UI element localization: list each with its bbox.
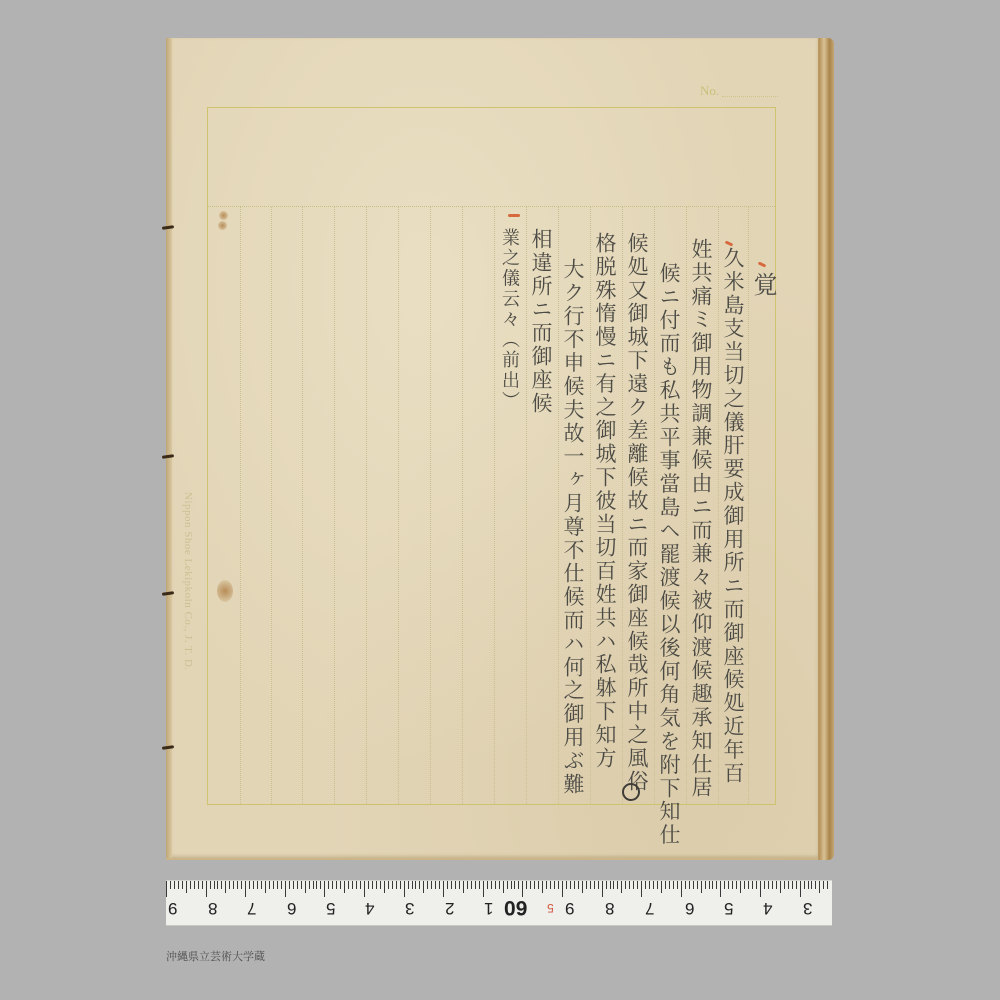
ruler-tick <box>483 881 484 897</box>
ruler-center-number: 60 <box>504 895 527 919</box>
ruled-line <box>302 207 303 804</box>
ruler-number: 3 <box>803 898 812 918</box>
ruler-tick <box>471 881 472 889</box>
ruler-tick <box>534 881 535 889</box>
ruler-tick <box>768 881 769 889</box>
ruler-tick <box>776 881 777 889</box>
ruler-tick <box>665 881 666 889</box>
ruler-tick <box>736 881 737 889</box>
stain-mark <box>217 580 233 602</box>
ruler-tick <box>320 881 321 889</box>
ruler-tick <box>677 881 678 889</box>
ruler-tick <box>653 881 654 889</box>
ruler-tick <box>170 881 171 889</box>
ruler-tick <box>281 881 282 889</box>
binding-edge <box>166 38 172 858</box>
ruler-tick <box>285 881 286 897</box>
ruler-tick <box>443 881 444 897</box>
ruler-tick <box>360 881 361 889</box>
ruler-tick <box>598 881 599 889</box>
ruler-tick <box>526 881 527 889</box>
ruler-tick <box>740 881 741 893</box>
ruler-number: 9 <box>565 898 574 918</box>
ruler-tick <box>336 881 337 889</box>
ruler-tick <box>352 881 353 889</box>
ruler-tick <box>811 881 812 889</box>
ruler-tick <box>324 881 325 897</box>
ruler-tick <box>823 881 824 889</box>
ruler-tick <box>827 881 828 889</box>
text-column: 久米島支当切之儀肝要成御用所ニ而御座候処近年百 <box>718 247 748 785</box>
ruler-tick <box>221 881 222 889</box>
ruler-tick <box>764 881 765 889</box>
ruler-tick <box>376 881 377 889</box>
ruled-line <box>430 207 431 804</box>
ruler-number: 8 <box>605 898 614 918</box>
ruler-tick <box>348 881 349 889</box>
ruler-tick <box>297 881 298 889</box>
ruler-tick <box>578 881 579 889</box>
ruler-tick <box>257 881 258 889</box>
ruler-tick <box>388 881 389 889</box>
ruler-tick <box>705 881 706 889</box>
ruler-tick <box>431 881 432 889</box>
ruler-tick <box>582 881 583 893</box>
ruler-tick <box>562 881 563 897</box>
ruler-tick <box>202 881 203 889</box>
ruler-tick <box>586 881 587 889</box>
text-column: 業之儀云々（前出） <box>494 228 524 412</box>
ruler-tick <box>233 881 234 889</box>
title-oboe: 覚 <box>748 272 778 298</box>
ruler-tick <box>625 881 626 889</box>
ruler-tick <box>455 881 456 889</box>
text-column: 候ニ付而も私共平事當島ヘ罷渡候以後何角気を附下知仕 <box>654 262 684 847</box>
ruler-tick <box>479 881 480 889</box>
ruler-tick <box>293 881 294 889</box>
ruler-tick <box>514 881 515 889</box>
ruler-number: 7 <box>645 898 654 918</box>
ruler-tick <box>265 881 266 893</box>
ruler-tick <box>356 881 357 889</box>
ruler-number: 5 <box>724 898 733 918</box>
ruler-tick <box>574 881 575 889</box>
ruler-tick <box>328 881 329 889</box>
text-column: 大ク行不申候夫故一ヶ月尊不仕候而ハ何之御用ぶ難 <box>558 258 588 796</box>
ruler-tick <box>198 881 199 889</box>
ruler-tick <box>467 881 468 889</box>
ruler-tick <box>475 881 476 889</box>
ruled-line <box>240 207 241 804</box>
ruler-tick <box>649 881 650 889</box>
ruler-tick <box>780 881 781 893</box>
ruler-tick <box>392 881 393 889</box>
ruler-tick <box>744 881 745 889</box>
ruler-tick <box>570 881 571 889</box>
ruler-tick <box>590 881 591 889</box>
ruler-tick <box>796 881 797 889</box>
ruler-tick <box>538 881 539 889</box>
ruler-tick <box>772 881 773 889</box>
ruler-tick <box>610 881 611 889</box>
text-column: 相違所ニ而御座候 <box>526 228 556 415</box>
ruled-line <box>271 207 272 804</box>
ruler-tick <box>309 881 310 889</box>
ruler-tick <box>550 881 551 889</box>
ruler-tick <box>645 881 646 889</box>
ruler-tick <box>518 881 519 889</box>
ruler-tick <box>760 881 761 897</box>
ruler-tick <box>463 881 464 893</box>
ruler-tick <box>716 881 717 889</box>
ruler-number: 6 <box>685 898 694 918</box>
ruler-tick <box>507 881 508 889</box>
ruler-tick <box>190 881 191 889</box>
ruler-tick <box>447 881 448 889</box>
ruler-tick <box>451 881 452 889</box>
ruler-number: 7 <box>247 898 256 918</box>
ruler-tick <box>210 881 211 889</box>
ruler-tick <box>819 881 820 893</box>
ruler-tick <box>344 881 345 893</box>
ruler-tick <box>380 881 381 889</box>
ruler-tick <box>237 881 238 889</box>
ruler-tick <box>206 881 207 897</box>
paper-maker-imprint: Nippon Shoe Lekipkoln Co., J. T. D. <box>182 492 194 671</box>
ruler-tick <box>277 881 278 889</box>
ruled-line <box>462 207 463 804</box>
ruler-tick <box>815 881 816 889</box>
ruler-tick <box>530 881 531 889</box>
ruler-tick <box>332 881 333 889</box>
ruler-number: 8 <box>208 898 217 918</box>
ruler-tick <box>372 881 373 889</box>
ruler-tick <box>419 881 420 889</box>
ruler-tick <box>808 881 809 889</box>
stain-mark <box>218 221 227 230</box>
ruler-tick <box>503 881 504 893</box>
ruler-tick <box>617 881 618 889</box>
stain-mark <box>219 211 228 220</box>
ruler-tick <box>396 881 397 889</box>
ruler-tick <box>415 881 416 889</box>
ruler-tick <box>459 881 460 889</box>
ruler-tick <box>439 881 440 889</box>
ruler-tick <box>633 881 634 889</box>
ruler-tick <box>313 881 314 889</box>
header-divider <box>208 206 775 207</box>
text-column: 候処又御城下遠ク差離候故ニ而家御座候哉所中之風俗 <box>622 232 652 794</box>
ruler-red-mark: 5 <box>547 901 554 915</box>
ruler-tick <box>629 881 630 889</box>
ruled-line <box>366 207 367 804</box>
ruler-tick <box>435 881 436 889</box>
ruler-tick <box>641 881 642 897</box>
collection-credit: 沖縄県立芸術大学蔵 <box>166 948 265 964</box>
ruler-tick <box>400 881 401 889</box>
ruler-tick <box>404 881 405 897</box>
ruler-tick <box>804 881 805 889</box>
ruler-tick <box>491 881 492 889</box>
page-number-blank <box>722 96 778 97</box>
ruler-tick <box>249 881 250 889</box>
ruler-tick <box>253 881 254 889</box>
text-column: 格脱殊惰慢ニ有之御城下彼当切百姓共ハ私躰下知方 <box>590 232 620 770</box>
ruler-tick <box>697 881 698 889</box>
ruler-tick <box>174 881 175 889</box>
ruler-tick <box>554 881 555 889</box>
ruler-tick <box>756 881 757 889</box>
ruler-tick <box>602 881 603 897</box>
document-viewer: No. Nippon Shoe Lekipkoln Co., J. T. D. … <box>0 0 1000 1000</box>
ruler-tick <box>499 881 500 889</box>
ruler-number: 5 <box>326 898 335 918</box>
ruler-number: 4 <box>365 898 374 918</box>
ruler-number: 6 <box>287 898 296 918</box>
ruler-tick <box>273 881 274 889</box>
ruler-tick <box>225 881 226 893</box>
ruler-tick <box>542 881 543 893</box>
ruler-tick <box>408 881 409 889</box>
ruler-tick <box>788 881 789 889</box>
ruler-number: 3 <box>405 898 414 918</box>
ruler-tick <box>214 881 215 889</box>
ruler-tick <box>594 881 595 889</box>
measuring-ruler: 9 8 7 6 5 4 3 2 1 60 5 9 8 7 6 5 4 3 <box>166 880 832 926</box>
ruler-number: 1 <box>484 898 493 918</box>
ruler-tick <box>613 881 614 889</box>
ruler-tick <box>178 881 179 889</box>
ruler-tick <box>732 881 733 889</box>
red-tick-mark <box>508 214 520 217</box>
ruler-tick <box>558 881 559 889</box>
ruler-tick <box>709 881 710 889</box>
ruler-tick <box>423 881 424 893</box>
ruler-tick <box>511 881 512 889</box>
ruler-number: 2 <box>445 898 454 918</box>
ruler-tick <box>685 881 686 889</box>
ruler-tick <box>701 881 702 893</box>
ruler-tick <box>657 881 658 889</box>
ruler-tick <box>368 881 369 889</box>
ruler-tick <box>241 881 242 889</box>
ruler-tick <box>546 881 547 889</box>
ruler-tick <box>728 881 729 889</box>
ruler-tick <box>487 881 488 889</box>
ruler-tick <box>194 881 195 889</box>
ruler-tick <box>245 881 246 897</box>
ruler-tick <box>792 881 793 889</box>
ruler-tick <box>305 881 306 893</box>
ruler-tick <box>566 881 567 889</box>
ruled-line <box>398 207 399 804</box>
ruler-tick <box>364 881 365 897</box>
ruler-tick <box>495 881 496 889</box>
ruler-number: 9 <box>168 898 177 918</box>
ruler-tick <box>217 881 218 889</box>
ruler-tick <box>681 881 682 897</box>
page-number-label: No. <box>700 83 719 99</box>
ruler-tick <box>693 881 694 889</box>
ruler-tick <box>229 881 230 889</box>
ruler-number: 4 <box>763 898 772 918</box>
ruler-tick <box>752 881 753 889</box>
ruler-tick <box>673 881 674 889</box>
ruler-tick <box>712 881 713 889</box>
ruler-tick <box>748 881 749 889</box>
text-column: 姓共痛ミ御用物調兼候由ニ而兼々被仰渡候趣承知仕居 <box>686 238 716 800</box>
ruler-tick <box>661 881 662 893</box>
ruler-tick <box>182 881 183 889</box>
ruler-tick <box>301 881 302 889</box>
ruler-tick <box>724 881 725 889</box>
ruler-tick <box>427 881 428 889</box>
ruler-tick <box>186 881 187 893</box>
ruler-tick <box>289 881 290 889</box>
ruler-tick <box>784 881 785 889</box>
ruler-tick <box>269 881 270 889</box>
ruler-tick <box>412 881 413 889</box>
circle-mark <box>622 783 640 801</box>
ruler-tick <box>384 881 385 893</box>
ruler-tick <box>166 881 167 897</box>
ruler-tick <box>637 881 638 889</box>
ruler-tick <box>669 881 670 889</box>
ruler-tick <box>316 881 317 889</box>
ruler-tick <box>340 881 341 889</box>
ruler-tick <box>606 881 607 889</box>
ruler-tick <box>689 881 690 889</box>
ruler-tick <box>621 881 622 893</box>
ruler-tick <box>261 881 262 889</box>
ruled-line <box>334 207 335 804</box>
ruler-tick <box>800 881 801 897</box>
ruler-tick <box>720 881 721 897</box>
